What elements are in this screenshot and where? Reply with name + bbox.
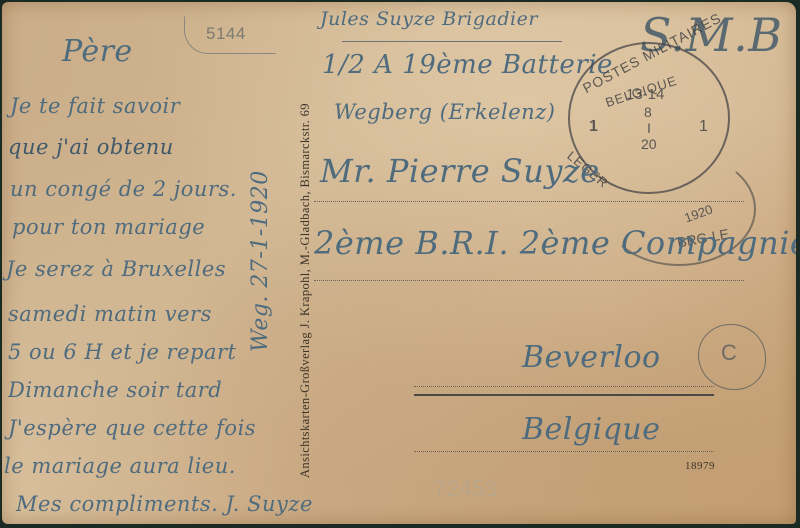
inventory-number-bottom: 72453 xyxy=(434,476,498,502)
message-line-4: pour ton mariage xyxy=(12,215,205,239)
message-line-1: Je te fait savoir xyxy=(10,94,180,118)
sender-line-1: Jules Suyze Brigadier xyxy=(320,8,538,30)
postmark-time: 13-14 xyxy=(626,86,664,103)
sender-line-3: Wegberg (Erkelenz) xyxy=(334,100,555,124)
address-rule xyxy=(414,394,714,396)
address-line-3 xyxy=(414,386,714,387)
message-line-2: que j'ai obtenu xyxy=(8,135,174,159)
address-unit: 2ème B.R.I. 2ème Compagnie xyxy=(314,224,796,262)
message-line-10: le mariage aura lieu. xyxy=(4,454,236,478)
postmark-year: 20 xyxy=(641,136,657,152)
printer-imprint: Ansichtskarten-Großverlag J. Krapohl, M.… xyxy=(298,103,313,478)
card-number: 18979 xyxy=(685,460,715,472)
postmark-right-mark: 1 xyxy=(699,118,708,136)
message-line-6: samedi matin vers xyxy=(8,302,212,326)
address-line-4 xyxy=(414,451,714,452)
message-salutation: Père xyxy=(62,34,133,69)
message-signoff: Mes compliments. J. Suyze xyxy=(16,492,313,516)
postmark-month: I xyxy=(647,120,651,136)
message-line-5: Je serez à Bruxelles xyxy=(6,257,226,281)
censor-mark: C xyxy=(721,340,737,366)
message-line-8: Dimanche soir tard xyxy=(8,378,222,402)
sender-line-2: 1/2 A 19ème Batterie xyxy=(322,50,613,80)
address-recipient: Mr. Pierre Suyze xyxy=(320,152,600,190)
address-line-1 xyxy=(314,201,744,202)
message-line-9: J'espère que cette fois xyxy=(8,416,256,440)
address-line-2 xyxy=(314,280,744,281)
postmark-left-mark: 1 xyxy=(589,118,598,136)
handwritten-date: Weg. 27-1-1920 xyxy=(248,170,273,352)
postmark-day: 8 xyxy=(644,104,652,120)
address-country: Belgique xyxy=(522,412,660,447)
message-line-7: 5 ou 6 H et je repart xyxy=(8,340,236,364)
message-line-3: un congé de 2 jours. xyxy=(10,177,237,201)
postcard-back: 5144 Père Je te fait savoir que j'ai obt… xyxy=(2,2,796,524)
inventory-number-top: 5144 xyxy=(206,24,246,44)
address-city: Beverloo xyxy=(522,340,661,375)
sender-underline xyxy=(342,41,562,42)
